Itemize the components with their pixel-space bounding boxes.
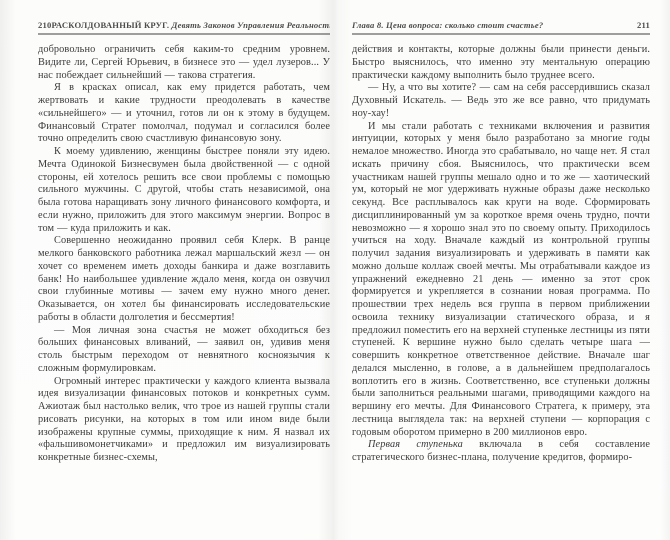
left-page-number: 210 <box>38 20 52 30</box>
paragraph: действия и контакты, которые должны были… <box>352 44 650 82</box>
paragraph: Первая ступенька включала в себя составл… <box>352 439 650 465</box>
right-page: Глава 8. Цена вопроса: сколько стоит сча… <box>352 0 650 540</box>
paragraph: Совершенно неожиданно проявил себя Клерк… <box>38 235 330 324</box>
book-title-subtitle: Девять Законов Управления Реальностью <box>169 20 330 30</box>
left-page-text: добровольно ограничить себя каким-то сре… <box>38 44 330 465</box>
paragraph: Огромный интерес практически у каждого к… <box>38 376 330 465</box>
paragraph: — Моя личная зона счастья не может обход… <box>38 325 330 376</box>
chapter-header-title: Глава 8. Цена вопроса: сколько стоит сча… <box>352 20 543 30</box>
right-page-number: 211 <box>637 20 650 30</box>
paragraph-lead-italic: Первая ступенька <box>368 439 463 450</box>
left-header-title: РАСКОЛДОВАННЫЙ КРУГ. Девять Законов Упра… <box>52 20 331 30</box>
paragraph: Я в красках описал, как ему придется раб… <box>38 82 330 146</box>
left-page: 210 РАСКОЛДОВАННЫЙ КРУГ. Девять Законов … <box>38 0 330 540</box>
right-running-head: Глава 8. Цена вопроса: сколько стоит сча… <box>352 0 650 35</box>
paragraph: добровольно ограничить себя каким-то сре… <box>38 44 330 82</box>
book-spread: 210 РАСКОЛДОВАННЫЙ КРУГ. Девять Законов … <box>0 0 670 540</box>
paragraph: К моему удивлению, женщины быстрее понял… <box>38 146 330 235</box>
book-title-caps: РАСКОЛДОВАННЫЙ КРУГ. <box>52 20 170 30</box>
left-edge-shadow <box>0 0 16 540</box>
right-edge-shadow <box>660 0 670 540</box>
paragraph: И мы стали работать с техниками включени… <box>352 121 650 440</box>
right-page-text: действия и контакты, которые должны были… <box>352 44 650 465</box>
left-running-head: 210 РАСКОЛДОВАННЫЙ КРУГ. Девять Законов … <box>38 0 330 35</box>
paragraph: — Ну, а что вы хотите? — сам на себя рас… <box>352 82 650 120</box>
